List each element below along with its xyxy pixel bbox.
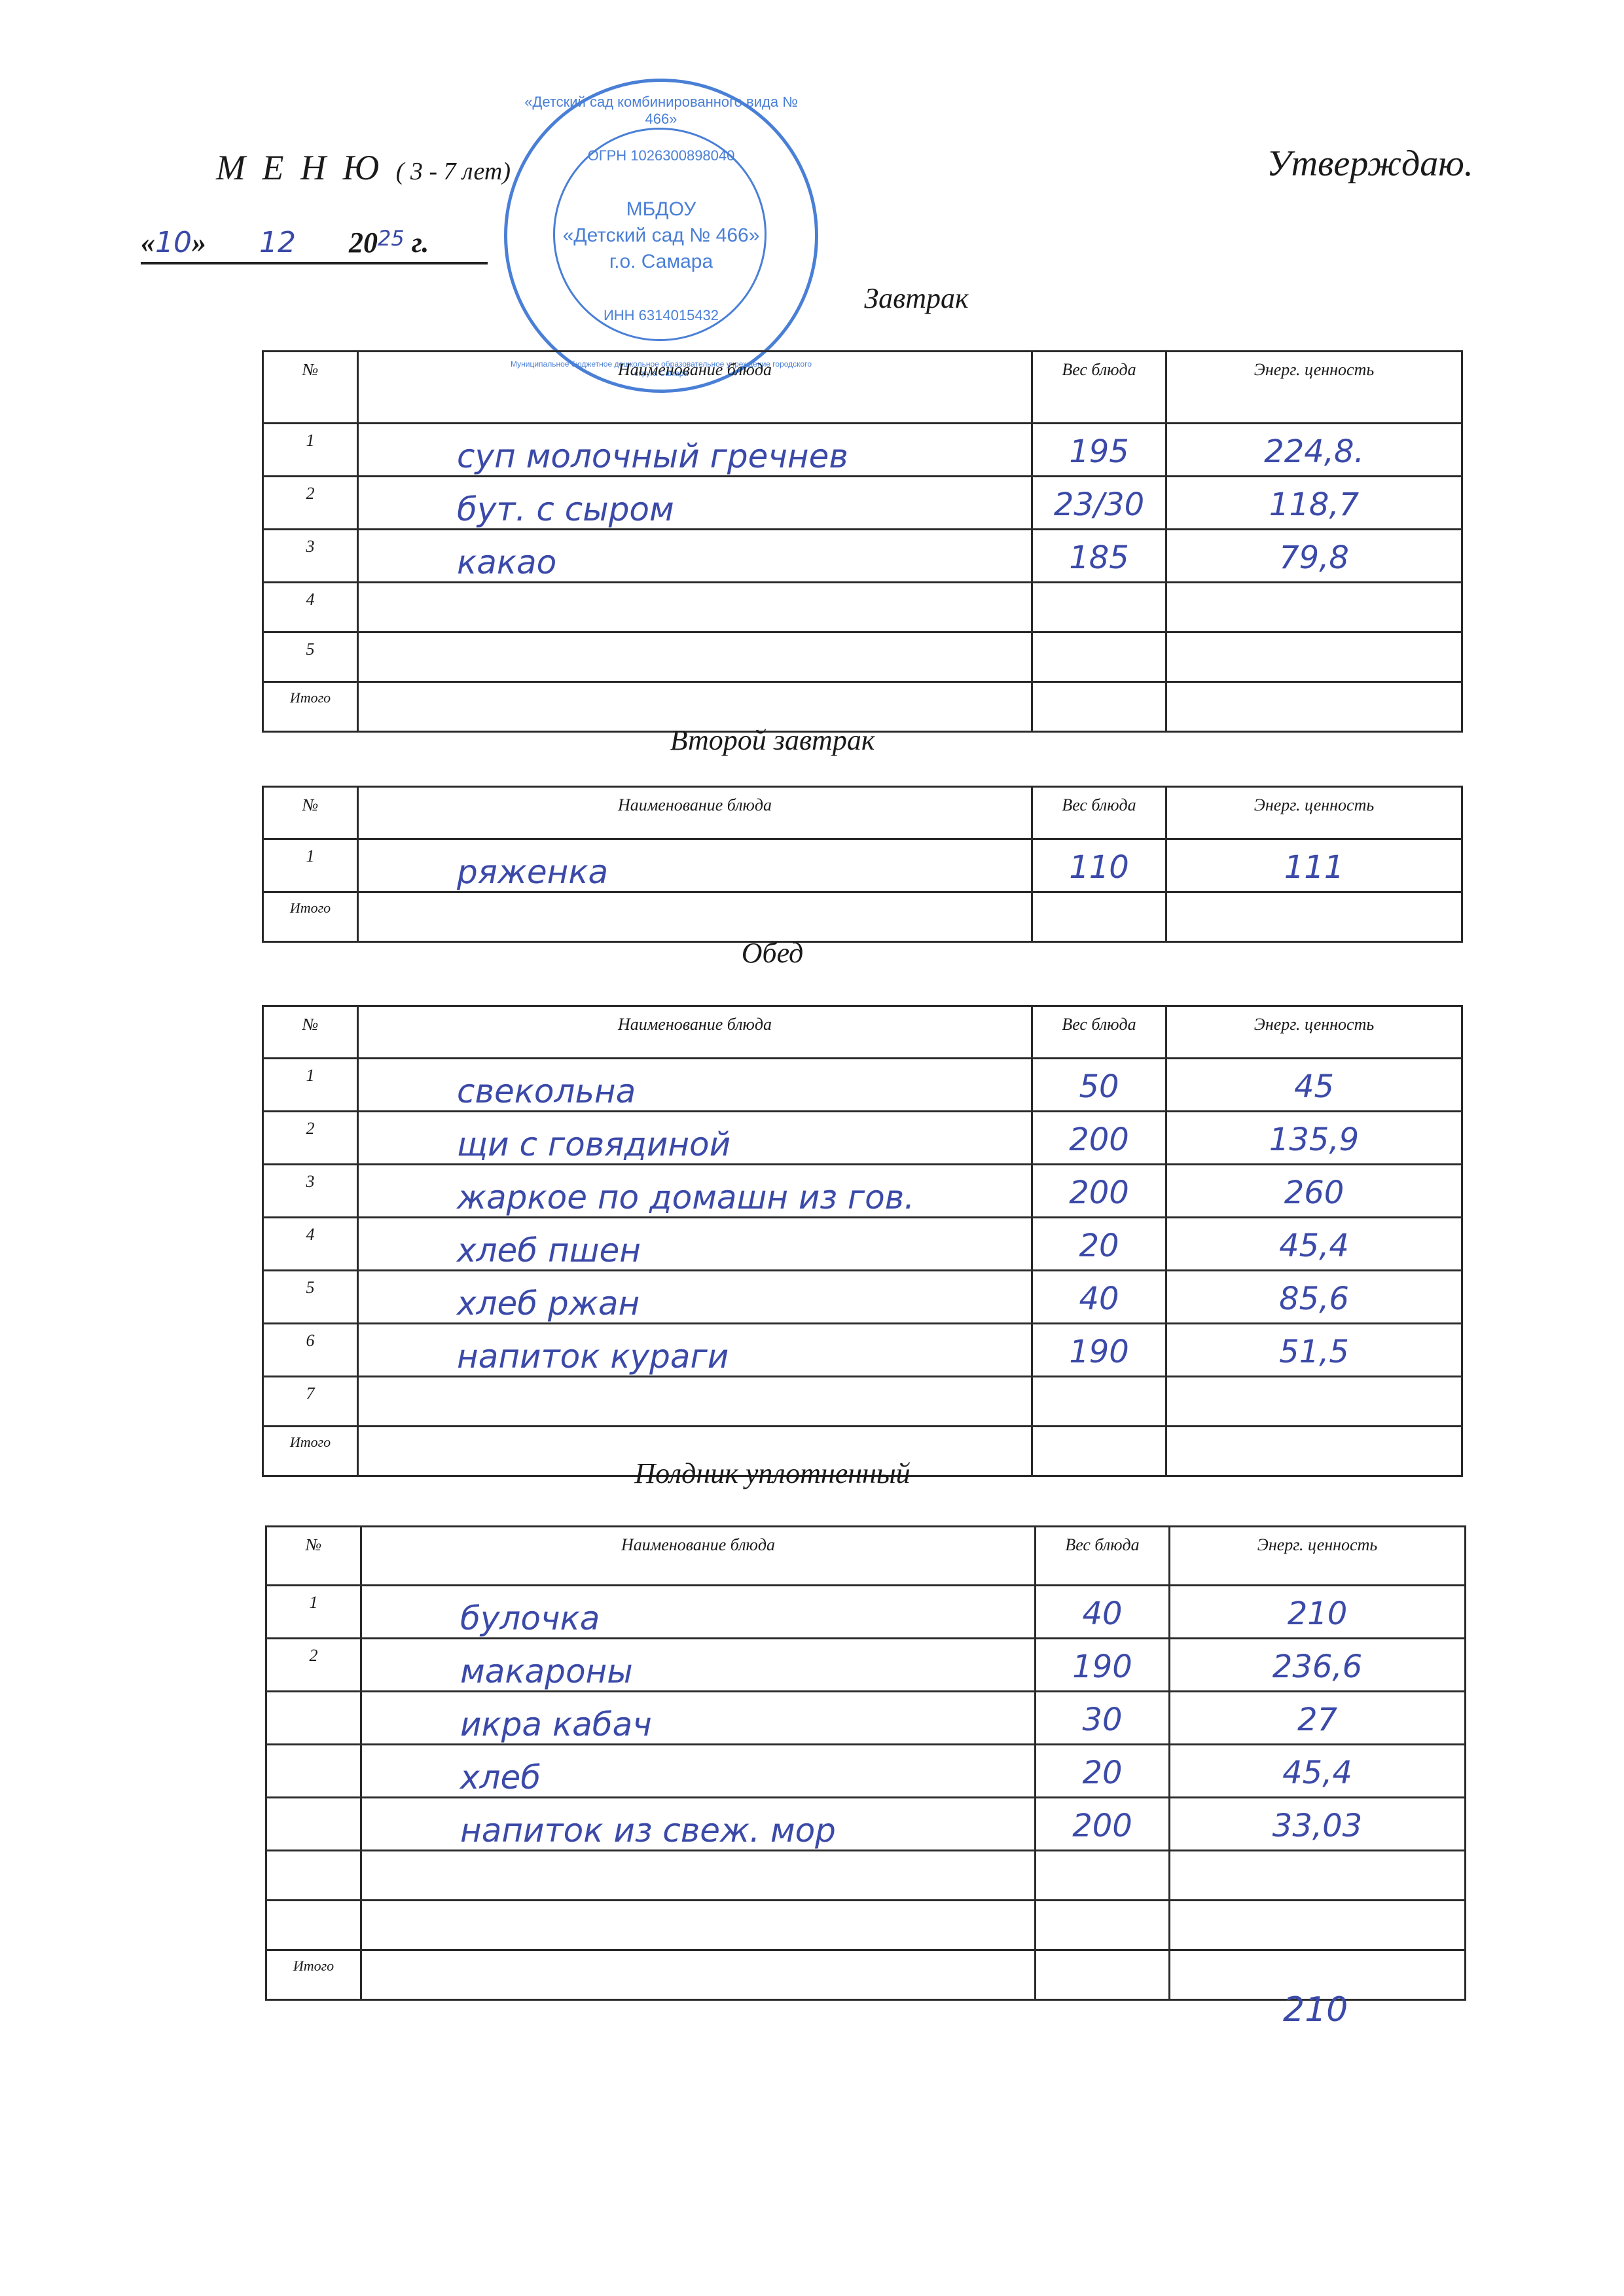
dish-weight: 20 [1036,1745,1170,1798]
col-header-energy: Энерг. ценность [1170,1527,1466,1586]
row-number: 2 [263,477,358,530]
col-header-num: № [263,352,358,424]
date-day: 10 [155,226,192,259]
dish-name: какао [358,530,1032,583]
table-row [266,1901,1466,1950]
dish-energy: 45,4 [1170,1745,1466,1798]
dish-name: свекольна [358,1059,1032,1112]
dish-name [358,632,1032,682]
table-row [266,1851,1466,1901]
dish-weight [1036,1901,1170,1950]
dish-energy: 118,7 [1166,477,1462,530]
dish-energy: 111 [1166,839,1462,892]
official-stamp: «Детский сад комбинированного вида № 466… [504,79,818,393]
dish-weight: 23/30 [1032,477,1166,530]
col-header-energy: Энерг. ценность [1166,1006,1462,1059]
dish-energy: 45,4 [1166,1218,1462,1271]
total-weight [1036,1950,1170,2000]
col-header-weight: Вес блюда [1036,1527,1170,1586]
row-number [266,1851,361,1901]
table-row: 1ряженка110111 [263,839,1462,892]
date-quote-close: » [192,227,206,259]
row-number: 4 [263,583,358,632]
col-header-name: Наименование блюда [358,1006,1032,1059]
row-number: 4 [263,1218,358,1271]
section-title: Второй завтрак [511,723,1034,757]
table-row: 1суп молочный гречнев195224,8. [263,424,1462,477]
total-label: Итого [263,682,358,732]
total-label: Итого [266,1950,361,2000]
dish-name: хлеб [361,1745,1036,1798]
row-number [266,1901,361,1950]
total-label: Итого [263,1427,358,1476]
total-energy [1166,892,1462,942]
date-month: 12 [259,226,296,259]
handwritten-note: 210 [1283,1990,1348,2030]
row-number: 3 [263,1165,358,1218]
row-number: 7 [263,1377,358,1427]
table-row: 2бут. с сыром23/30118,7 [263,477,1462,530]
menu-table: №Наименование блюдаВес блюдаЭнерг. ценно… [262,786,1463,943]
col-header-num: № [266,1527,361,1586]
dish-name [361,1901,1036,1950]
dish-weight: 195 [1032,424,1166,477]
row-number: 2 [263,1112,358,1165]
approve-label: Утверждаю. [1267,143,1473,185]
table-row: 1булочка40210 [266,1586,1466,1639]
stamp-center-line3: г.о. Самара [507,249,815,275]
row-number [266,1745,361,1798]
dish-name [358,1377,1032,1427]
col-header-name: Наименование блюда [361,1527,1036,1586]
col-header-num: № [263,1006,358,1059]
total-energy [1166,682,1462,732]
dish-weight: 110 [1032,839,1166,892]
dish-name: напиток из свеж. мор [361,1798,1036,1851]
table-row: 1свекольна5045 [263,1059,1462,1112]
row-number [266,1692,361,1745]
dish-name [358,583,1032,632]
total-weight [1032,892,1166,942]
table-row: 3какао18579,8 [263,530,1462,583]
dish-energy [1166,1377,1462,1427]
row-number: 1 [263,424,358,477]
dish-name: жаркое по домашн из гов. [358,1165,1032,1218]
dish-weight: 200 [1032,1112,1166,1165]
dish-energy: 210 [1170,1586,1466,1639]
dish-energy [1166,632,1462,682]
col-header-energy: Энерг. ценность [1166,787,1462,839]
dish-energy: 45 [1166,1059,1462,1112]
dish-energy: 236,6 [1170,1639,1466,1692]
total-name-cell [361,1950,1036,2000]
dish-weight: 30 [1036,1692,1170,1745]
col-header-energy: Энерг. ценность [1166,352,1462,424]
table-row: 2щи с говядиной200135,9 [263,1112,1462,1165]
col-header-weight: Вес блюда [1032,787,1166,839]
table-row: икра кабач3027 [266,1692,1466,1745]
row-number: 6 [263,1324,358,1377]
table-row: напиток из свеж. мор20033,03 [266,1798,1466,1851]
menu-title-text: М Е Н Ю [216,148,383,187]
dish-weight: 185 [1032,530,1166,583]
dish-name: икра кабач [361,1692,1036,1745]
row-number [266,1798,361,1851]
menu-date: «10» 12 2025 г. [141,226,488,264]
col-header-num: № [263,787,358,839]
dish-weight [1032,1377,1166,1427]
dish-energy: 33,03 [1170,1798,1466,1851]
total-weight [1032,682,1166,732]
row-number: 1 [263,1059,358,1112]
dish-energy: 224,8. [1166,424,1462,477]
row-number: 1 [266,1586,361,1639]
date-year-unit: г. [412,227,429,259]
table-row: 6напиток кураги19051,5 [263,1324,1462,1377]
col-header-name: Наименование блюда [358,352,1032,424]
dish-weight: 200 [1032,1165,1166,1218]
total-energy [1166,1427,1462,1476]
dish-name: ряженка [358,839,1032,892]
dish-weight [1032,583,1166,632]
dish-weight: 190 [1032,1324,1166,1377]
dish-energy [1166,583,1462,632]
dish-name: хлеб ржан [358,1271,1032,1324]
stamp-ring-text: «Детский сад комбинированного вида № 466… [507,94,815,128]
dish-weight: 50 [1032,1059,1166,1112]
row-number: 5 [263,1271,358,1324]
dish-name: суп молочный гречнев [358,424,1032,477]
table-row: хлеб2045,4 [266,1745,1466,1798]
table-row: 3жаркое по домашн из гов.200260 [263,1165,1462,1218]
row-number: 1 [263,839,358,892]
total-weight [1032,1427,1166,1476]
date-year-suffix: 25 [378,226,405,251]
col-header-name: Наименование блюда [358,787,1032,839]
table-row: 4 [263,583,1462,632]
col-header-weight: Вес блюда [1032,352,1166,424]
dish-weight: 200 [1036,1798,1170,1851]
dish-name: напиток кураги [358,1324,1032,1377]
dish-name: бут. с сыром [358,477,1032,530]
table-row: 7 [263,1377,1462,1427]
stamp-center: МБДОУ «Детский сад № 466» г.о. Самара [507,196,815,275]
dish-name: хлеб пшен [358,1218,1032,1271]
table-row: 5хлеб ржан4085,6 [263,1271,1462,1324]
dish-energy: 135,9 [1166,1112,1462,1165]
section-title: Полдник уплотненный [511,1457,1034,1490]
date-year-prefix: 20 [349,227,378,259]
dish-name [361,1851,1036,1901]
dish-energy [1170,1851,1466,1901]
col-header-weight: Вес блюда [1032,1006,1166,1059]
section-title: Обед [511,936,1034,970]
dish-energy: 260 [1166,1165,1462,1218]
dish-energy [1170,1901,1466,1950]
total-label: Итого [263,892,358,942]
dish-name: булочка [361,1586,1036,1639]
dish-weight: 40 [1036,1586,1170,1639]
dish-weight [1036,1851,1170,1901]
stamp-ogrn: ОГРН 1026300898040 [507,147,815,164]
row-number: 3 [263,530,358,583]
row-number: 5 [263,632,358,682]
stamp-center-line1: МБДОУ [507,196,815,223]
table-row: 5 [263,632,1462,682]
dish-weight: 20 [1032,1218,1166,1271]
dish-weight [1032,632,1166,682]
menu-table: №Наименование блюдаВес блюдаЭнерг. ценно… [262,1005,1463,1477]
dish-name: щи с говядиной [358,1112,1032,1165]
dish-name: макароны [361,1639,1036,1692]
table-row: 2макароны190236,6 [266,1639,1466,1692]
dish-energy: 27 [1170,1692,1466,1745]
dish-energy: 79,8 [1166,530,1462,583]
menu-title: М Е Н Ю ( 3 - 7 лет) [216,147,511,188]
dish-weight: 190 [1036,1639,1170,1692]
total-row: Итого [263,892,1462,942]
section-title: Завтрак [655,282,1178,315]
menu-table: №Наименование блюдаВес блюдаЭнерг. ценно… [265,1525,1466,2001]
date-quote-open: « [141,227,155,259]
dish-energy: 51,5 [1166,1324,1462,1377]
dish-energy: 85,6 [1166,1271,1462,1324]
total-name-cell [358,892,1032,942]
table-row: 4хлеб пшен2045,4 [263,1218,1462,1271]
menu-table: №Наименование блюдаВес блюдаЭнерг. ценно… [262,350,1463,733]
stamp-center-line2: «Детский сад № 466» [507,223,815,249]
age-group: ( 3 - 7 лет) [396,158,511,185]
row-number: 2 [266,1639,361,1692]
dish-weight: 40 [1032,1271,1166,1324]
